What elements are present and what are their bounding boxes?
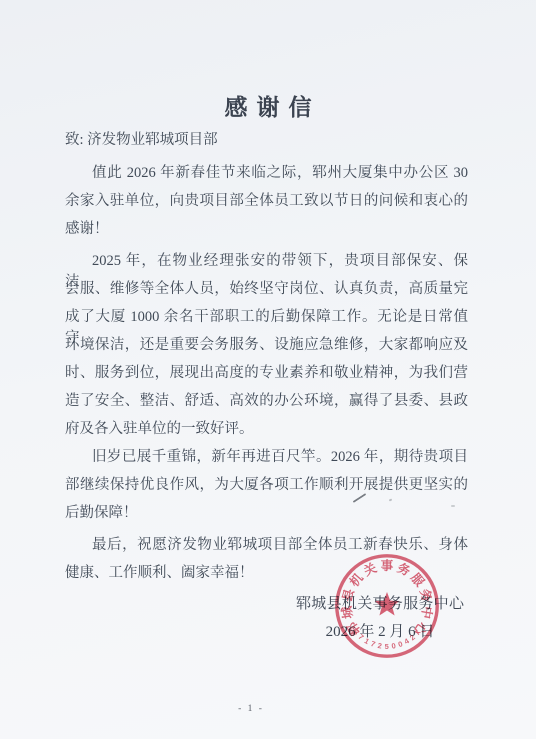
letter-title: 感谢信 xyxy=(0,89,536,122)
star-icon xyxy=(375,592,400,616)
letter-line: 感谢！ xyxy=(65,219,468,240)
page-number: - 1 - xyxy=(0,704,502,714)
scan-speck xyxy=(389,499,393,502)
letter-line: 造了安全、整洁、舒适、高效的办公环境，赢得了县委、县政 xyxy=(65,391,468,412)
letter-line: 余家入驻单位，向贵项目部全体员工致以节日的问候和衷心的 xyxy=(65,191,468,212)
letter-line: 值此 2026 年新春佳节来临之际，郓州大厦集中办公区 30 xyxy=(65,163,468,184)
letter-line: 后勤保障！ xyxy=(65,503,468,524)
stamp-code-text: 37172500427 xyxy=(351,628,422,651)
scanned-letter-page: 感谢信 致: 济发物业郓城项目部 值此 2026 年新春佳节来临之际，郓州大厦集… xyxy=(0,0,536,739)
letter-line: 环境保洁，还是重要会务服务、设施应急维修，大家都响应及 xyxy=(65,335,468,356)
scan-speck xyxy=(451,505,455,507)
letter-line: 会服、维修等全体人员，始终坚守岗位、认真负责，高质量完 xyxy=(65,279,468,300)
letter-line: 部继续保持优良作风，为大厦各项工作顺利开展提供更坚实的 xyxy=(65,475,468,496)
letter-line: 旧岁已展千重锦，新年再进百尺竿。2026 年，期待贵项目 xyxy=(65,447,468,468)
official-seal-stamp: 郓城县机关事务服务中心 37172500427 xyxy=(332,551,442,661)
letter-line: 府及各入驻单位的一致好评。 xyxy=(65,419,468,440)
letter-line: 时、服务到位，展现出高度的专业素养和敬业精神，为我们营 xyxy=(65,363,468,384)
letter-recipient: 致: 济发物业郓城项目部 xyxy=(65,130,468,151)
